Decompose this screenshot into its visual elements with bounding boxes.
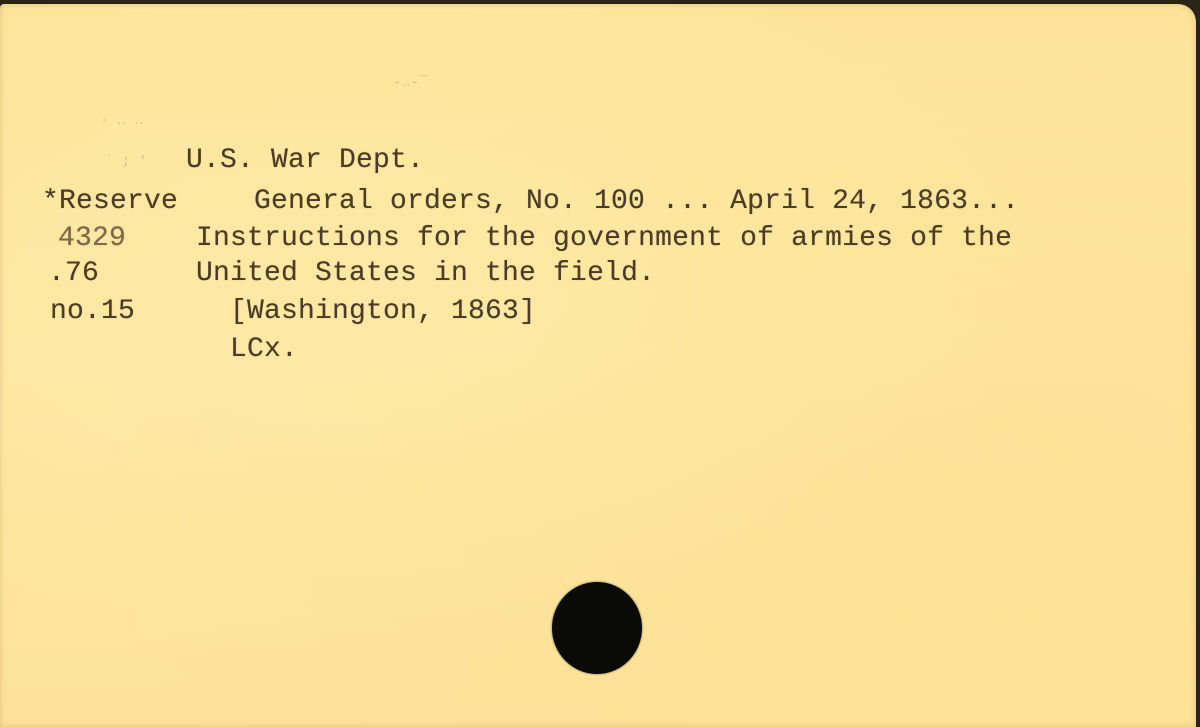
description-line-2: United States in the field. xyxy=(196,259,655,289)
imprint: [Washington, 1863] xyxy=(230,297,536,327)
call-number-volume: no.15 xyxy=(50,297,135,327)
punch-hole-icon xyxy=(552,582,642,674)
title-line: General orders, No. 100 ... April 24, 18… xyxy=(254,187,1019,217)
call-number-class: 4329 xyxy=(58,224,126,254)
call-number-location: *Reserve xyxy=(42,187,178,217)
stray-marks: -‥-‾ xyxy=(393,74,428,91)
stray-marks: ˙ ; ′ xyxy=(105,154,147,170)
call-number-cutter: .76 xyxy=(48,259,99,289)
stray-marks: · ‥ ‥ xyxy=(100,112,144,129)
catalog-card: -‥-‾ · ‥ ‥ ˙ ; ′ U.S. War Dept. *Reserve… xyxy=(0,4,1196,727)
holding-code: LCx. xyxy=(230,335,298,365)
main-entry-heading: U.S. War Dept. xyxy=(186,146,424,176)
description-line-1: Instructions for the government of armie… xyxy=(196,224,1012,254)
